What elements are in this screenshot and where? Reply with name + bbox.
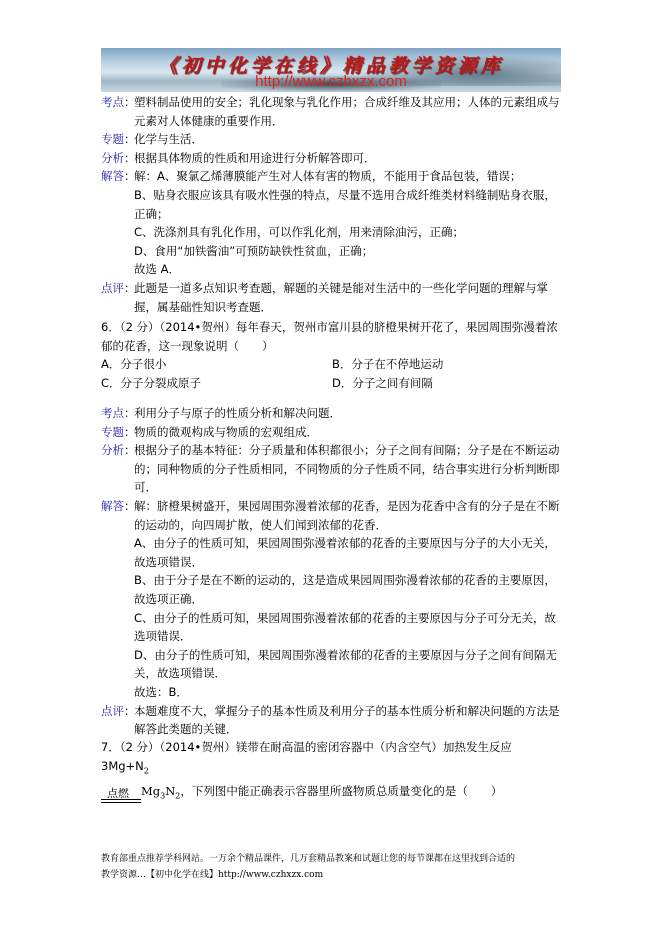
dianping-text: 本题难度不大，掌握分子的基本性质及利用分子的基本性质分析和解决问题的方法是解答此… [134, 702, 563, 739]
option-d[interactable]: D．分子之间有间隔 [332, 374, 563, 393]
jieda-line: 故选 A． [134, 260, 563, 279]
q5-jieda: 解答： 解：A、聚氯乙烯薄膜能产生对人体有害的物质，不能用于食品包装，错误； B… [101, 167, 563, 279]
option-a[interactable]: A．分子很小 [101, 355, 332, 374]
footer-line-2: 教学资源…【初中化学在线】http://www.czhxzx.com [101, 867, 563, 883]
dianping-label: 点评 [101, 704, 124, 718]
option-c[interactable]: C．分子分裂成原子 [101, 374, 332, 393]
q5-solution: 考点： 塑料制品使用的安全；乳化现象与乳化作用；合成纤维及其应用；人体的元素组成… [101, 93, 563, 316]
jieda-line: 解：脐橙果树盛开，果园周围弥漫着浓郁的花香，是因为花香中含有的分子是在不断的运动… [134, 497, 563, 534]
zhuanti-label: 专题 [101, 425, 124, 439]
reaction-condition: 点燃 [107, 785, 129, 804]
question-6: 6．（2 分）（2014•贺州）每年春天，贺州市富川县的脐橙果树开花了，果园周围… [101, 318, 563, 392]
q6-solution: 考点： 利用分子与原子的性质分析和解决问题． 专题： 物质的微观构成与物质的宏观… [101, 404, 563, 739]
fenxi-text: 根据具体物质的性质和用途进行分析解答即可． [134, 149, 563, 168]
footer-line-1: 教育部重点推荐学科网站。一万余个精品课件，几万套精品教案和试题让您的每节课都在这… [101, 851, 563, 867]
q5-dianping: 点评： 此题是一道多点知识考查题，解题的关键是能对生活中的一些化学问题的理解与掌… [101, 279, 563, 316]
jieda-line: A、由分子的性质可知，果园周围弥漫着浓郁的花香的主要原因与分子的大小无关，故选项… [134, 534, 563, 571]
kaodian-text: 利用分子与原子的性质分析和解决问题． [134, 404, 563, 423]
question-stem: 7．（2 分）（2014•贺州）镁带在耐高温的密闭容器中（内含空气）加热发生反应… [101, 738, 563, 780]
page-footer: 教育部重点推荐学科网站。一万余个精品课件，几万套精品教案和试题让您的每节课都在这… [101, 851, 563, 883]
jieda-line: B、贴身衣服应该具有吸水性强的特点，尽量不选用合成纤维类材料缝制贴身衣服，正确； [134, 186, 563, 223]
q5-fenxi: 分析： 根据具体物质的性质和用途进行分析解答即可． [101, 149, 563, 168]
question-options: A．分子很小 B．分子在不停地运动 C．分子分裂成原子 D．分子之间有间隔 [101, 355, 563, 392]
fenxi-label: 分析 [101, 151, 124, 165]
site-banner: 《初中化学在线》精品教学资源库 http://www.czhxzx.com [101, 48, 561, 92]
product-formula: Mg3N2 [141, 784, 180, 798]
q6-fenxi: 分析： 根据分子的基本特征：分子质量和体积都很小；分子之间有间隔；分子是在不断运… [101, 441, 563, 497]
kaodian-text: 塑料制品使用的安全；乳化现象与乳化作用；合成纤维及其应用；人体的元素组成与元素对… [134, 93, 563, 130]
q6-jieda: 解答： 解：脐橙果树盛开，果园周围弥漫着浓郁的花香，是因为花香中含有的分子是在不… [101, 497, 563, 702]
kaodian-label: 考点 [101, 95, 124, 109]
jieda-line: 故选：B． [134, 683, 563, 702]
fenxi-text: 根据分子的基本特征：分子质量和体积都很小；分子之间有间隔；分子是在不断运动的；同… [134, 441, 563, 497]
q6-dianping: 点评： 本题难度不大，掌握分子的基本性质及利用分子的基本性质分析和解决问题的方法… [101, 702, 563, 739]
jieda-line: C、洗涤剂具有乳化作用，可以作乳化剂，用来清除油污，正确； [134, 223, 563, 242]
zhuanti-text: 物质的微观构成与物质的宏观组成． [134, 423, 563, 442]
banner-url: http://www.czhxzx.com [101, 73, 561, 90]
question-stem-line2: 点燃 Mg3N2，下列图中能正确表示容器里所盛物质总质量变化的是（ ） [101, 782, 563, 806]
zhuanti-text: 化学与生活． [134, 130, 563, 149]
q5-kaodian: 考点： 塑料制品使用的安全；乳化现象与乳化作用；合成纤维及其应用；人体的元素组成… [101, 93, 563, 130]
jieda-label: 解答 [101, 499, 124, 513]
q6-kaodian: 考点： 利用分子与原子的性质分析和解决问题． [101, 404, 563, 423]
jieda-line: 解：A、聚氯乙烯薄膜能产生对人体有害的物质，不能用于食品包装，错误； [134, 167, 563, 186]
zhuanti-label: 专题 [101, 132, 124, 146]
q5-zhuanti: 专题： 化学与生活． [101, 130, 563, 149]
q6-zhuanti: 专题： 物质的微观构成与物质的宏观组成． [101, 423, 563, 442]
dianping-text: 此题是一道多点知识考查题，解题的关键是能对生活中的一些化学问题的理解与掌握，属基… [134, 279, 563, 316]
question-7: 7．（2 分）（2014•贺州）镁带在耐高温的密闭容器中（内含空气）加热发生反应… [101, 738, 563, 806]
option-b[interactable]: B．分子在不停地运动 [332, 355, 563, 374]
fenxi-label: 分析 [101, 443, 124, 457]
jieda-line: B、由于分子是在不断的运动的，这是造成果园周围弥漫着浓郁的花香的主要原因，故选项… [134, 571, 563, 608]
reaction-condition-arrow: 点燃 [101, 788, 141, 806]
jieda-line: C、由分子的性质可知，果园周围弥漫着浓郁的花香的主要原因与分子可分无关，故选项错… [134, 609, 563, 646]
jieda-line: D、食用“加铁酱油”可预防缺铁性贫血，正确； [134, 242, 563, 261]
jieda-line: D、由分子的性质可知，果园周围弥漫着浓郁的花香的主要原因与分子之间有间隔无关，故… [134, 646, 563, 683]
jieda-label: 解答 [101, 169, 124, 183]
kaodian-label: 考点 [101, 406, 124, 420]
dianping-label: 点评 [101, 281, 124, 295]
question-stem: 6．（2 分）（2014•贺州）每年春天，贺州市富川县的脐橙果树开花了，果园周围… [101, 318, 563, 355]
